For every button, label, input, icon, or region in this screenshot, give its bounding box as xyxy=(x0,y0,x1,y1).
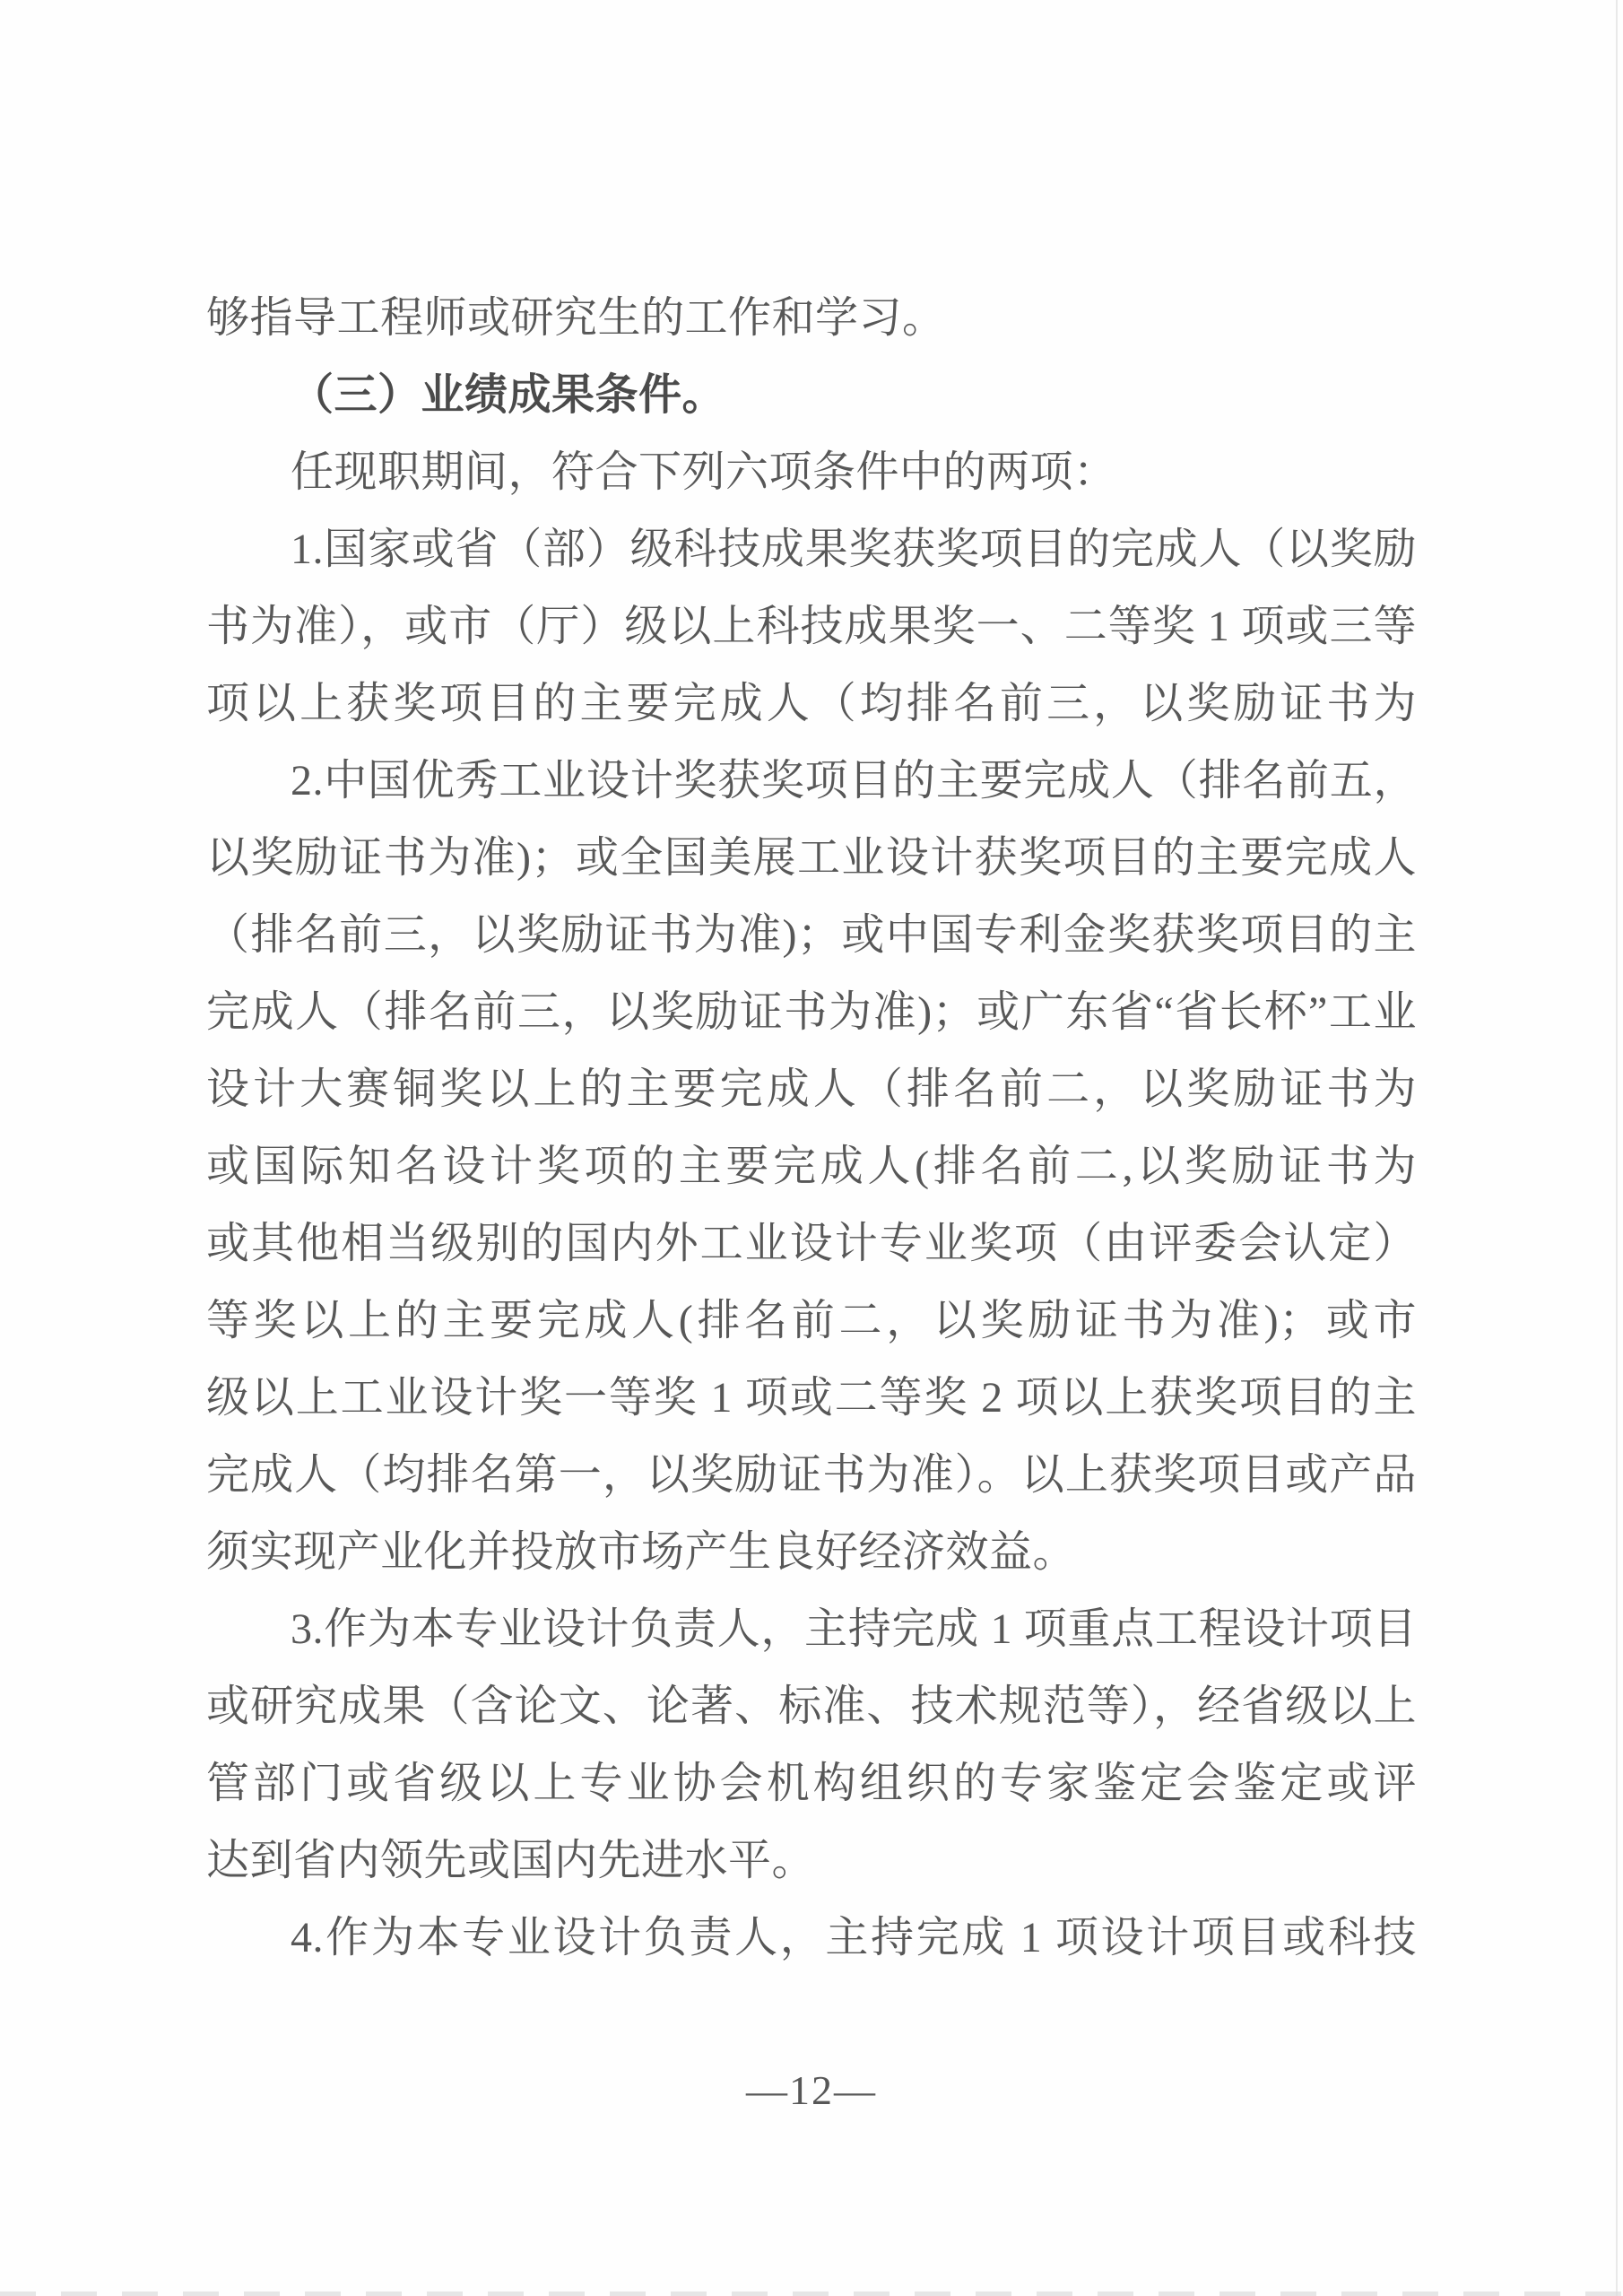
text-line: 须实现产业化并投放市场产生良好经济效益。 xyxy=(206,1514,1417,1591)
text-line: 或研究成果（含论文、论著、标准、技术规范等），经省级以上主 xyxy=(206,1668,1417,1745)
text-line: 管部门或省级以上专业协会机构组织的专家鉴定会鉴定或评价， xyxy=(206,1745,1417,1822)
section-heading: （三）业绩成果条件。 xyxy=(206,357,1417,434)
text-line: 项以上获奖项目的主要完成人（均排名前三，以奖励证书为准）。 xyxy=(206,665,1417,743)
text-line: 级以上工业设计奖一等奖 1 项或二等奖 2 项以上获奖项目的主要 xyxy=(206,1360,1417,1437)
text-line: 设计大赛铜奖以上的主要完成人（排名前二，以奖励证书为准)； xyxy=(206,1051,1417,1128)
text-line: 完成人（排名前三，以奖励证书为准)；或广东省“省长杯”工业 xyxy=(206,974,1417,1051)
text-line: 达到省内领先或国内先进水平。 xyxy=(206,1822,1417,1900)
scanner-edge-shadow xyxy=(1616,0,1618,2296)
text-line: 书为准），或市（厅）级以上科技成果奖一、二等奖 1 项或三等奖 2 xyxy=(206,588,1417,665)
text-line: 够指导工程师或研究生的工作和学习。 xyxy=(206,280,1417,357)
text-line: （排名前三，以奖励证书为准)；或中国专利金奖获奖项目的主要 xyxy=(206,897,1417,974)
text-line: 完成人（均排名第一，以奖励证书为准）。以上获奖项目或产品均 xyxy=(206,1437,1417,1514)
text-line: 4.作为本专业设计负责人，主持完成 1 项设计项目或科技（设 xyxy=(206,1900,1417,1977)
text-line: 任现职期间，符合下列六项条件中的两项： xyxy=(206,434,1417,511)
text-line: 3.作为本专业设计负责人，主持完成 1 项重点工程设计项目 xyxy=(206,1591,1417,1668)
text-line: 1.国家或省（部）级科技成果奖获奖项目的完成人（以奖励证 xyxy=(206,511,1417,588)
page-number: —12— xyxy=(0,2059,1623,2122)
text-line: 2.中国优秀工业设计奖获奖项目的主要完成人（排名前五， xyxy=(206,743,1417,820)
document-body: 够指导工程师或研究生的工作和学习。（三）业绩成果条件。任现职期间，符合下列六项条… xyxy=(206,280,1417,1977)
text-line: 等奖以上的主要完成人(排名前二，以奖励证书为准)；或市（厅） xyxy=(206,1283,1417,1360)
document-page: 够指导工程师或研究生的工作和学习。（三）业绩成果条件。任现职期间，符合下列六项条… xyxy=(0,0,1623,2296)
text-line: 以奖励证书为准)；或全国美展工业设计获奖项目的主要完成人 xyxy=(206,820,1417,897)
scan-artifact-dotted-line xyxy=(0,2292,1623,2296)
text-line: 或其他相当级别的国内外工业设计专业奖项（由评委会认定）二 xyxy=(206,1205,1417,1283)
text-line: 或国际知名设计奖项的主要完成人(排名前二,以奖励证书为准)； xyxy=(206,1128,1417,1205)
